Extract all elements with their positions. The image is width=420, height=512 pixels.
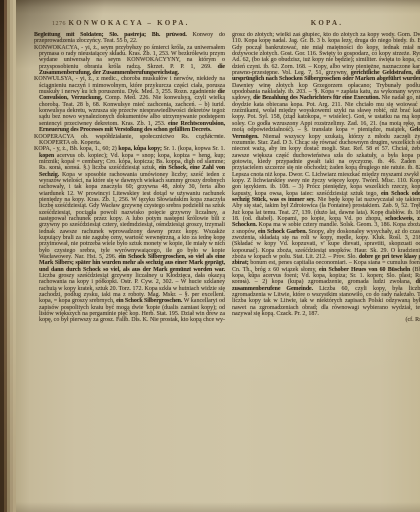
text-paragraph: KOOPERACYA ob. współdziałanie, społeczni… [34, 134, 225, 147]
text-paragraph: KOPA, - y, ż., Bh. kopa, 1., 60; 2) kopa… [34, 146, 225, 324]
running-title-left: KONWOKACYA – KOPA. [34, 19, 224, 27]
body-text: (cf. Rs. [406, 317, 420, 323]
text-paragraph: KONWOKACYA, - yi, ż., seym przybyłszy po… [34, 45, 225, 77]
body-text: Niemal wszyscy kopy szukaią, którzy z mł… [232, 134, 420, 197]
text-paragraph: (cf. Rs. [232, 317, 420, 323]
text-paragraph: Begleitung mit Soldaten; Slo. pastreja; … [34, 32, 225, 45]
dictionary-page: 1276 KONWOKACYA – KOPA. KOPA. Begleitung… [16, 0, 420, 512]
fraktur-gloss-text: kopa, kůpa kopy; [118, 146, 163, 152]
body-text: Kopa w sposobie rachowania umówioney lic… [39, 172, 225, 260]
body-text: KOOPERACYA ob. współdziałanie, społeczni… [34, 134, 225, 146]
running-title-right: KOPA. [232, 19, 420, 27]
body-text: Sr. 1. (kopa, kopwa Sr. 1. [164, 146, 225, 152]
left-text-column: Begleitung mit Soldaten; Slo. pastreja; … [34, 32, 225, 478]
fraktur-gloss-text: kopen [39, 153, 57, 159]
body-text: KOPA, - y, ż., Bh. kopa, 1., 60; 2) [34, 146, 118, 152]
fraktur-gloss-text: die Bezahlung des Nachrichters für eine … [253, 95, 381, 101]
body-text: KONWULSYA, - yi, ż., z medic., choroba m… [34, 76, 225, 95]
fraktur-gloss-text: ein Schock Garben. [258, 229, 309, 235]
fraktur-gloss-text: ein Schock Silbergroschen. [116, 298, 184, 304]
right-text-column: grosz do złotych; wielki zaś głupiec, kt… [232, 32, 420, 478]
book-photo: 1276 KONWOKACYA – KOPA. KOPA. Begleitung… [0, 0, 420, 512]
text-paragraph: KONWULSYA, - yi, ż., z medic., choroba m… [34, 76, 225, 133]
fraktur-gloss-text: ein Schober Heues von 60 Büscheln [319, 267, 413, 273]
body-text: KONWOKACYA, - yi, ż., seym przybyłszy po… [34, 45, 225, 70]
body-text: Nie nadał go, nie doydzie kata obiecana … [232, 95, 420, 133]
text-paragraph: grosz do złotych; wielki zaś głupiec, kt… [232, 32, 420, 317]
